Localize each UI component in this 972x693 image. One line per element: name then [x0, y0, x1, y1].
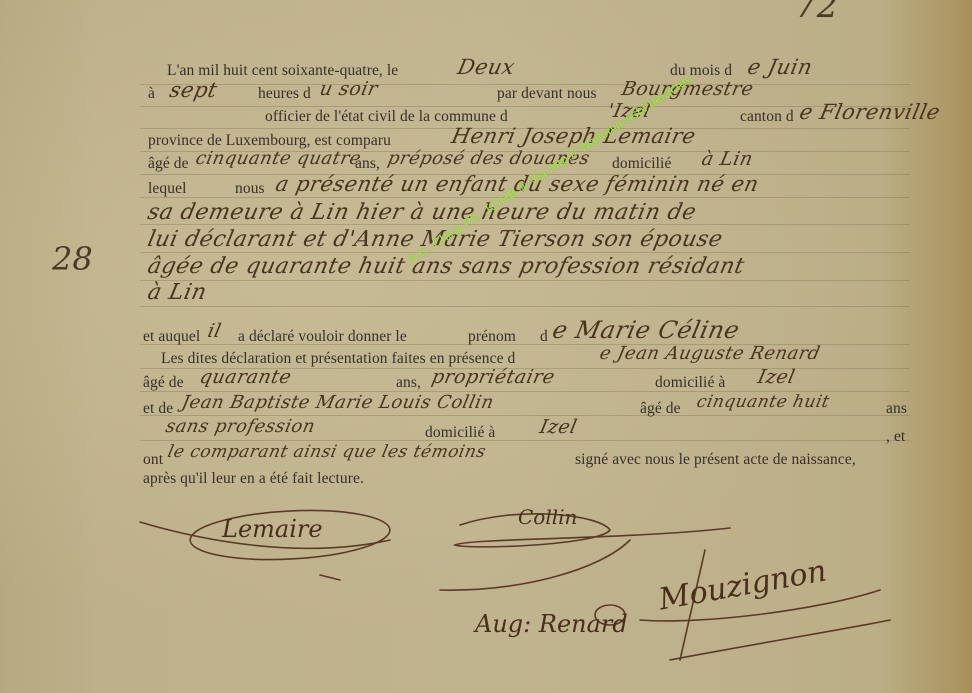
- handwritten-hour: sept: [167, 78, 219, 102]
- handwritten-day: Deux: [455, 55, 517, 79]
- ruled-line: [140, 306, 910, 307]
- printed-text: par devant nous: [497, 85, 597, 103]
- printed-text: nous: [235, 180, 265, 198]
- handwritten-witness1-profession: propriétaire: [430, 366, 557, 388]
- handwritten-pronoun: il: [206, 320, 224, 342]
- printed-text: après qu'il leur en a été fait lecture.: [143, 470, 364, 488]
- signature-declarant: Lemaire: [222, 515, 323, 543]
- printed-text: lequel: [148, 180, 186, 198]
- handwritten-witness2-residence: Izel: [538, 416, 580, 438]
- printed-text: a déclaré vouloir donner le: [238, 328, 407, 346]
- handwritten-witness1-residence: Izel: [756, 366, 798, 388]
- handwritten-canton: e Florenville: [797, 100, 942, 124]
- handwritten-witness1-age: quarante: [198, 366, 294, 388]
- ruled-line: [140, 106, 910, 107]
- folio-number: 72: [795, 0, 838, 26]
- signature-witness-collin: Collin: [518, 505, 577, 529]
- handwritten-child-name: e Marie Céline: [550, 316, 742, 344]
- handwritten-declarant-age: cinquante quatre: [194, 148, 363, 169]
- handwritten-text: à Lin: [145, 280, 209, 305]
- printed-text: d: [540, 328, 548, 346]
- handwritten-signers: le comparant ainsi que les témoins: [166, 442, 488, 462]
- margin-act-number: 28: [52, 240, 93, 278]
- handwritten-witness2-profession: sans profession: [164, 416, 317, 437]
- handwritten-month: e Juin: [745, 55, 814, 79]
- handwritten-witness2-age: cinquante huit: [695, 392, 832, 412]
- printed-text: âgé de: [148, 155, 189, 173]
- printed-text: heures d: [258, 85, 311, 103]
- signature-officer: Mouzignon: [656, 554, 829, 618]
- printed-text: ans: [886, 400, 907, 418]
- printed-text: ans,: [396, 374, 421, 392]
- printed-text: âgé de: [640, 400, 681, 418]
- printed-text: domicilié à: [655, 374, 725, 392]
- printed-text: ont: [143, 451, 163, 469]
- printed-text: âgé de: [143, 374, 184, 392]
- printed-text: canton d: [740, 108, 794, 126]
- printed-text: à: [148, 85, 155, 103]
- printed-text: ans,: [355, 155, 380, 173]
- ruled-line: [140, 280, 910, 281]
- handwritten-declarant-residence: à Lin: [700, 148, 755, 170]
- printed-text: , et: [886, 428, 905, 446]
- printed-text: domicilié à: [425, 424, 495, 442]
- handwritten-witness1-name: e Jean Auguste Renard: [598, 343, 822, 364]
- ruled-line: [140, 440, 910, 441]
- ruled-line: [140, 252, 910, 253]
- printed-text: et auquel: [143, 328, 200, 346]
- printed-text: domicilié: [612, 155, 671, 173]
- handwritten-text: âgée de quarante huit ans sans professio…: [145, 254, 746, 279]
- handwritten-text: sa demeure à Lin hier à une heure du mat…: [145, 200, 698, 225]
- handwritten-witness2-name: Jean Baptiste Marie Louis Collin: [180, 392, 496, 413]
- signature-witness-renard: Aug: Renard: [475, 610, 628, 638]
- handwritten-time-of-day: u soir: [318, 78, 380, 100]
- printed-text: signé avec nous le présent acte de naiss…: [575, 451, 856, 469]
- birth-record-page: 72 28 L'an mil huit cent soixante-quatre…: [0, 0, 972, 693]
- printed-text: prénom: [468, 328, 516, 346]
